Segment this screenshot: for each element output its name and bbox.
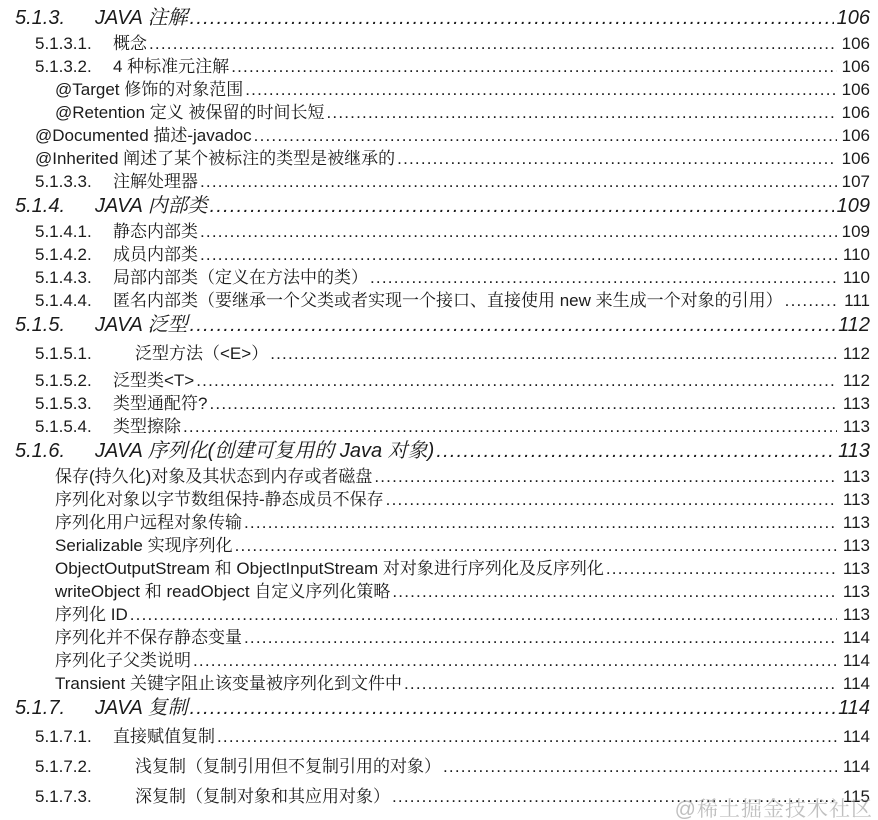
toc-entry: Transient 关键字阻止该变量被序列化到文件中 .............… — [0, 672, 870, 695]
toc-leader-dots: ........................................… — [190, 695, 835, 722]
document-page: 5.1.3. JAVA 注解 .........................… — [0, 0, 878, 820]
toc-entry-page: 113 — [840, 511, 870, 534]
toc-entry-page: 106 — [840, 101, 870, 124]
toc-entry: 5.1.4.4. 匿名内部类（要继承一个父类或者实现一个接口、直接使用 new … — [0, 289, 870, 312]
toc-entry-title: 局部内部类（定义在方法中的类） — [113, 266, 368, 289]
toc-entry: 5.1.6. JAVA 序列化(创建可复用的 Java 对象) ........… — [0, 438, 870, 465]
toc-entry: 序列化子父类说明 ...............................… — [0, 649, 870, 672]
toc-entry-number: 5.1.3.1. — [35, 32, 113, 55]
toc-entry-page: 114 — [840, 649, 870, 672]
toc-entry-page: 113 — [840, 415, 870, 438]
toc-entry-title: JAVA 复制 — [95, 695, 188, 722]
toc-leader-dots: ........................................… — [244, 511, 837, 534]
toc-entry-number: 5.1.4.2. — [35, 243, 113, 266]
toc-entry-title: 深复制（复制对象和其应用对象） — [135, 782, 390, 812]
toc-entry-number: 5.1.4.1. — [35, 220, 113, 243]
toc-leader-dots: ........................................… — [200, 220, 837, 243]
toc-entry-number: 5.1.5. — [15, 312, 95, 339]
toc-entry-number: 5.1.3. — [15, 5, 95, 32]
toc-leader-dots: ........................................… — [270, 339, 837, 369]
toc-entry: 5.1.7. JAVA 复制 .........................… — [0, 695, 870, 722]
toc-entry-page: 109 — [840, 220, 870, 243]
toc-entry-title: 序列化并不保存静态变量 — [55, 626, 242, 649]
toc-entry: 序列化 ID .................................… — [0, 603, 870, 626]
toc-entry-page: 112 — [840, 369, 870, 392]
toc-leader-dots: ........................................… — [200, 243, 837, 266]
toc-entry: 5.1.5.3. 类型通配符? ........................… — [0, 392, 870, 415]
toc-entry: 5.1.3.3. 注解处理器 .........................… — [0, 170, 870, 193]
toc-entry: 5.1.4. JAVA 内部类 ........................… — [0, 193, 870, 220]
toc-entry-page: 106 — [840, 78, 870, 101]
table-of-contents: 5.1.3. JAVA 注解 .........................… — [0, 5, 878, 812]
toc-entry-title: JAVA 内部类 — [95, 193, 208, 220]
toc-entry-page: 109 — [837, 193, 870, 220]
toc-entry-page: 113 — [840, 488, 870, 511]
toc-entry-page: 110 — [840, 243, 870, 266]
toc-leader-dots: ........................................… — [130, 603, 837, 626]
toc-entry-title: @Target 修饰的对象范围 — [55, 78, 243, 101]
toc-leader-dots: ........................................… — [183, 415, 837, 438]
toc-entry: ObjectOutputStream 和 ObjectInputStream 对… — [0, 557, 870, 580]
toc-leader-dots: ........................................… — [235, 534, 837, 557]
toc-entry-title: 泛型方法（<E>） — [135, 339, 268, 369]
toc-leader-dots: ........................................… — [210, 193, 834, 220]
toc-entry-number: 5.1.3.2. — [35, 55, 113, 78]
toc-entry-title: 直接赋值复制 — [113, 722, 215, 752]
toc-entry: 5.1.5.2. 泛型类<T> ........................… — [0, 369, 870, 392]
toc-entry: 序列化并不保存静态变量 ............................… — [0, 626, 870, 649]
toc-entry-title: Serializable 实现序列化 — [55, 534, 233, 557]
toc-entry: 5.1.7.1. 直接赋值复制 ........................… — [0, 722, 870, 752]
toc-entry-page: 114 — [840, 752, 870, 782]
toc-leader-dots: ........................................… — [392, 580, 837, 603]
toc-entry-page: 106 — [837, 5, 870, 32]
toc-leader-dots: ........................................… — [190, 312, 835, 339]
toc-entry: 5.1.3. JAVA 注解 .........................… — [0, 5, 870, 32]
toc-entry-number: 5.1.7. — [15, 695, 95, 722]
toc-leader-dots: ........................................… — [217, 722, 837, 752]
toc-entry-number: 5.1.5.1. — [35, 339, 135, 369]
toc-entry-page: 110 — [840, 266, 870, 289]
toc-entry-number: 5.1.7.3. — [35, 782, 135, 812]
toc-entry-page: 107 — [840, 170, 870, 193]
toc-entry: 5.1.5.1. 泛型方法（<E>） .....................… — [0, 339, 870, 369]
toc-entry-number: 5.1.4.4. — [35, 289, 113, 312]
toc-entry-page: 113 — [840, 557, 870, 580]
toc-entry: 保存(持久化)对象及其状态到内存或者磁盘 ...................… — [0, 465, 870, 488]
toc-entry: @Target 修饰的对象范围 ........................… — [0, 78, 870, 101]
toc-leader-dots: ........................................… — [149, 32, 837, 55]
toc-entry-page: 113 — [838, 438, 870, 465]
toc-entry-title: 注解处理器 — [113, 170, 198, 193]
toc-entry-number: 5.1.5.4. — [35, 415, 113, 438]
toc-entry-title: @Inherited 阐述了某个被标注的类型是被继承的 — [35, 147, 395, 170]
toc-entry-page: 111 — [840, 289, 870, 312]
toc-entry-title: 序列化用户远程对象传输 — [55, 511, 242, 534]
toc-entry-page: 114 — [840, 722, 870, 752]
toc-leader-dots: ........................................… — [785, 289, 837, 312]
toc-entry-page: 106 — [840, 32, 870, 55]
toc-leader-dots: ........................................… — [436, 438, 835, 465]
toc-entry: 5.1.3.1. 概念 ............................… — [0, 32, 870, 55]
toc-entry-title: 序列化子父类说明 — [55, 649, 191, 672]
toc-entry-title: 保存(持久化)对象及其状态到内存或者磁盘 — [55, 465, 372, 488]
toc-entry: writeObject 和 readObject 自定义序列化策略 ......… — [0, 580, 870, 603]
toc-entry-title: 匿名内部类（要继承一个父类或者实现一个接口、直接使用 new 来生成一个对象的引… — [113, 289, 783, 312]
toc-leader-dots: ........................................… — [196, 369, 837, 392]
toc-leader-dots: ........................................… — [374, 465, 837, 488]
toc-entry: 5.1.4.1. 静态内部类 .........................… — [0, 220, 870, 243]
toc-entry-title: 类型擦除 — [113, 415, 181, 438]
toc-entry: 5.1.4.3. 局部内部类（定义在方法中的类） ...............… — [0, 266, 870, 289]
toc-leader-dots: ........................................… — [254, 124, 837, 147]
toc-leader-dots: ........................................… — [209, 392, 837, 415]
toc-entry-number: 5.1.7.2. — [35, 752, 135, 782]
toc-entry-page: 113 — [840, 392, 870, 415]
toc-entry-number: 5.1.7.1. — [35, 722, 113, 752]
toc-leader-dots: ........................................… — [397, 147, 837, 170]
toc-entry-number: 5.1.6. — [15, 438, 95, 465]
toc-leader-dots: ........................................… — [326, 101, 837, 124]
toc-entry-number: 5.1.5.2. — [35, 369, 113, 392]
toc-entry-page: 115 — [840, 782, 870, 812]
toc-entry-page: 106 — [840, 147, 870, 170]
toc-entry: Serializable 实现序列化 .....................… — [0, 534, 870, 557]
toc-leader-dots: ........................................… — [404, 672, 837, 695]
toc-entry-number: 5.1.3.3. — [35, 170, 113, 193]
toc-entry: @Inherited 阐述了某个被标注的类型是被继承的 ............… — [0, 147, 870, 170]
toc-entry-title: 泛型类<T> — [113, 369, 194, 392]
toc-entry-title: JAVA 注解 — [95, 5, 188, 32]
toc-entry-title: JAVA 泛型 — [95, 312, 188, 339]
toc-entry-title: 4 种标准元注解 — [113, 55, 229, 78]
toc-entry-title: 序列化对象以字节数组保持-静态成员不保存 — [55, 488, 384, 511]
toc-entry: @Documented 描述-javadoc .................… — [0, 124, 870, 147]
toc-leader-dots: ........................................… — [231, 55, 837, 78]
toc-entry-number: 5.1.5.3. — [35, 392, 113, 415]
toc-entry-title: @Retention 定义 被保留的时间长短 — [55, 101, 324, 124]
toc-leader-dots: ........................................… — [245, 78, 837, 101]
toc-leader-dots: ........................................… — [392, 782, 837, 812]
toc-entry-title: @Documented 描述-javadoc — [35, 124, 252, 147]
toc-entry-page: 112 — [838, 312, 870, 339]
toc-entry-page: 114 — [840, 672, 870, 695]
toc-entry-page: 113 — [840, 603, 870, 626]
toc-entry-page: 113 — [840, 465, 870, 488]
toc-entry-page: 114 — [840, 626, 870, 649]
toc-entry-title: 序列化 ID — [55, 603, 128, 626]
toc-entry-number: 5.1.4.3. — [35, 266, 113, 289]
toc-entry-title: 概念 — [113, 32, 147, 55]
toc-leader-dots: ........................................… — [200, 170, 837, 193]
toc-leader-dots: ........................................… — [370, 266, 837, 289]
toc-entry-title: JAVA 序列化(创建可复用的 Java 对象) — [95, 438, 434, 465]
toc-leader-dots: ........................................… — [193, 649, 837, 672]
toc-entry-page: 113 — [840, 580, 870, 603]
toc-entry-title: writeObject 和 readObject 自定义序列化策略 — [55, 580, 390, 603]
toc-entry: 序列化对象以字节数组保持-静态成员不保存 ...................… — [0, 488, 870, 511]
toc-entry-title: Transient 关键字阻止该变量被序列化到文件中 — [55, 672, 402, 695]
toc-entry: 5.1.4.2. 成员内部类 .........................… — [0, 243, 870, 266]
toc-entry-page: 113 — [840, 534, 870, 557]
toc-entry-page: 114 — [838, 695, 870, 722]
toc-entry-page: 106 — [840, 55, 870, 78]
toc-entry-page: 112 — [840, 339, 870, 369]
toc-entry: @Retention 定义 被保留的时间长短 .................… — [0, 101, 870, 124]
toc-leader-dots: ........................................… — [606, 557, 837, 580]
toc-entry-page: 106 — [840, 124, 870, 147]
toc-entry: 5.1.7.2. 浅复制（复制引用但不复制引用的对象） ............… — [0, 752, 870, 782]
toc-entry-title: 浅复制（复制引用但不复制引用的对象） — [135, 752, 441, 782]
toc-entry-title: 成员内部类 — [113, 243, 198, 266]
toc-entry-number: 5.1.4. — [15, 193, 95, 220]
toc-entry-title: 类型通配符? — [113, 392, 207, 415]
toc-entry: 5.1.5.4. 类型擦除 ..........................… — [0, 415, 870, 438]
toc-entry: 5.1.3.2. 4 种标准元注解 ......................… — [0, 55, 870, 78]
toc-leader-dots: ........................................… — [244, 626, 837, 649]
toc-leader-dots: ........................................… — [190, 5, 834, 32]
toc-leader-dots: ........................................… — [386, 488, 837, 511]
toc-entry: 5.1.7.3. 深复制（复制对象和其应用对象） ...............… — [0, 782, 870, 812]
toc-entry-title: ObjectOutputStream 和 ObjectInputStream 对… — [55, 557, 604, 580]
toc-entry-title: 静态内部类 — [113, 220, 198, 243]
toc-leader-dots: ........................................… — [443, 752, 837, 782]
toc-entry: 序列化用户远程对象传输 ............................… — [0, 511, 870, 534]
toc-entry: 5.1.5. JAVA 泛型 .........................… — [0, 312, 870, 339]
